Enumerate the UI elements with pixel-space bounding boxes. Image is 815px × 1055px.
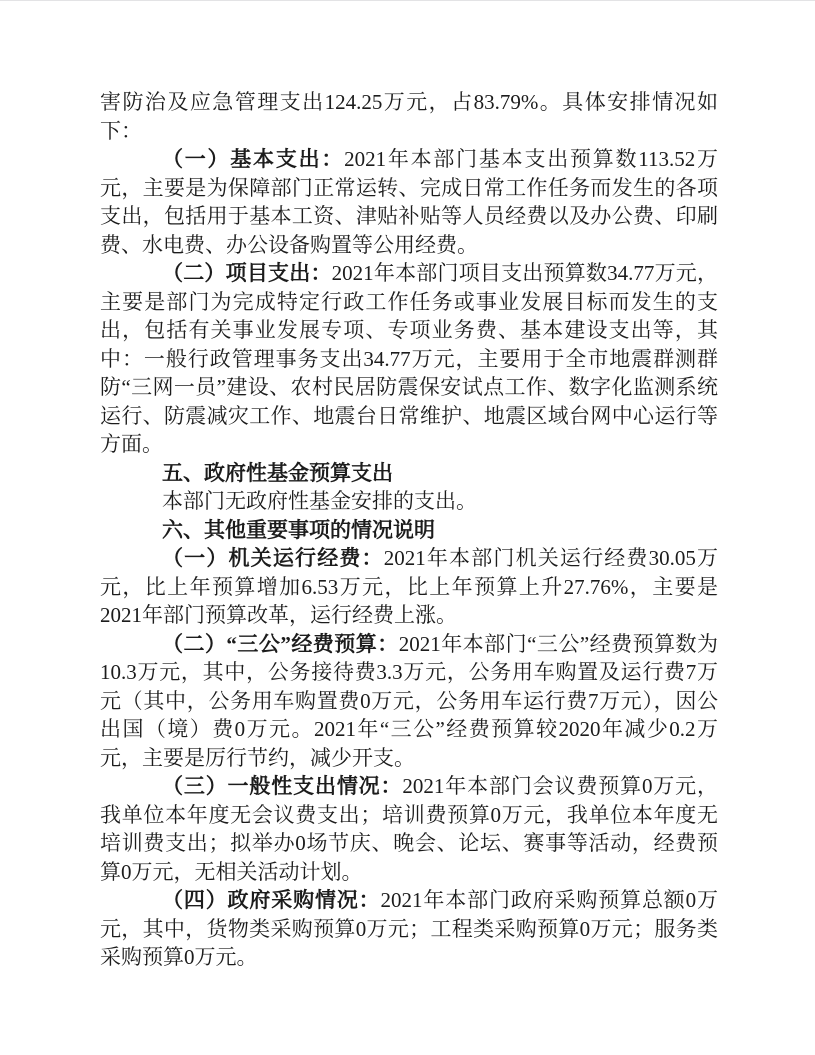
heading-text: 六、其他重要事项的情况说明 xyxy=(162,518,435,542)
heading-section-five-govt-fund-budget: 五、政府性基金预算支出 xyxy=(100,459,718,488)
paragraph-text: 害防治及应急管理支出124.25万元，占83.79%。具体安排情况如下： xyxy=(100,90,718,143)
paragraph-project-expenditure: （二）项目支出：2021年本部门项目支出预算数34.77万元，主要是部门为完成特… xyxy=(100,259,718,459)
paragraph-text: 2021年本部门项目支出预算数34.77万元，主要是部门为完成特定行政工作任务或… xyxy=(100,261,718,456)
paragraph-lead: （二）项目支出： xyxy=(162,261,332,285)
paragraph-government-procurement: （四）政府采购情况：2021年本部门政府采购预算总额0万元，其中，货物类采购预算… xyxy=(100,886,718,972)
paragraph-continuation: 害防治及应急管理支出124.25万元，占83.79%。具体安排情况如下： xyxy=(100,88,718,145)
paragraph-lead: （三）一般性支出情况： xyxy=(162,774,402,798)
paragraph-three-public-funds: （二）“三公”经费预算：2021年本部门“三公”经费预算数为10.3万元，其中，… xyxy=(100,630,718,773)
paragraph-lead: （一）基本支出： xyxy=(162,147,344,171)
paragraph-lead: （四）政府采购情况： xyxy=(162,888,381,912)
document-body: 害防治及应急管理支出124.25万元，占83.79%。具体安排情况如下： （一）… xyxy=(100,88,718,972)
paragraph-no-govt-fund: 本部门无政府性基金安排的支出。 xyxy=(100,487,718,516)
paragraph-general-expenditure: （三）一般性支出情况：2021年本部门会议费预算0万元，我单位本年度无会议费支出… xyxy=(100,772,718,886)
heading-section-six-other-important-matters: 六、其他重要事项的情况说明 xyxy=(100,516,718,545)
paragraph-text: 本部门无政府性基金安排的支出。 xyxy=(162,489,477,513)
paragraph-lead: （一）机关运行经费： xyxy=(162,546,384,570)
document-page: 害防治及应急管理支出124.25万元，占83.79%。具体安排情况如下： （一）… xyxy=(0,0,815,1055)
paragraph-lead: （二）“三公”经费预算： xyxy=(162,632,399,656)
paragraph-operating-expenses: （一）机关运行经费：2021年本部门机关运行经费30.05万元，比上年预算增加6… xyxy=(100,544,718,630)
paragraph-basic-expenditure: （一）基本支出：2021年本部门基本支出预算数113.52万元，主要是为保障部门… xyxy=(100,145,718,259)
heading-text: 五、政府性基金预算支出 xyxy=(162,461,393,485)
